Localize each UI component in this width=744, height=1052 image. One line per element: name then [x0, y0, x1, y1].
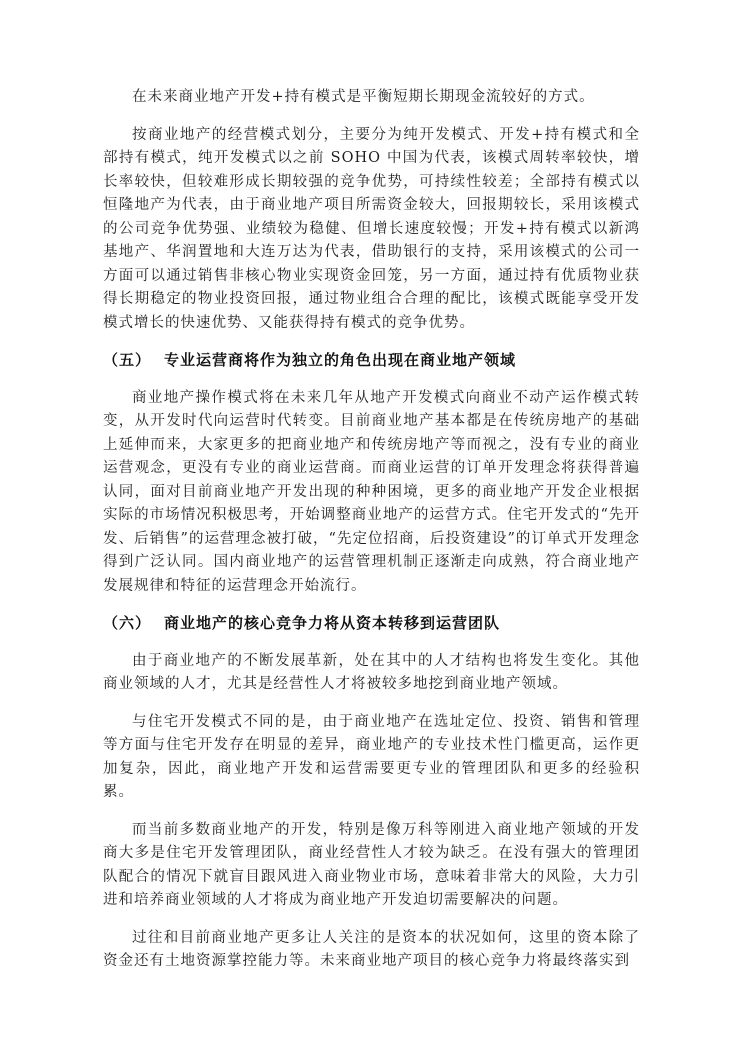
- section6-paragraph-1: 由于商业地产的不断发展革新，处在其中的人才结构也将发生变化。其他商业领域的人才，…: [103, 650, 640, 697]
- section-number: （六）: [103, 612, 151, 636]
- section-heading-5: （五）专业运营商将作为独立的角色出现在商业地产领域: [103, 349, 640, 373]
- section-heading-6: （六）商业地产的核心竞争力将从资本转移到运营团队: [103, 612, 640, 636]
- section-title: 专业运营商将作为独立的角色出现在商业地产领域: [164, 351, 516, 369]
- document-page: 在未来商业地产开发+持有模式是平衡短期长期现金流较好的方式。 按商业地产的经营模…: [0, 0, 744, 1052]
- intro-paragraph-2: 按商业地产的经营模式划分，主要分为纯开发模式、开发+持有模式和全部持有模式，纯开…: [103, 124, 640, 336]
- intro-paragraph-1: 在未来商业地产开发+持有模式是平衡短期长期现金流较好的方式。: [103, 86, 640, 110]
- section6-paragraph-2: 与住宅开发模式不同的是，由于商业地产在选址定位、投资、销售和管理等方面与住宅开发…: [103, 711, 640, 805]
- section5-paragraph-1: 商业地产操作模式将在未来几年从地产开发模式向商业不动产运作模式转变，从开发时代向…: [103, 387, 640, 599]
- section6-paragraph-4: 过往和目前商业地产更多让人关注的是资本的状况如何，这里的资本除了资金还有土地资源…: [103, 927, 640, 974]
- section6-paragraph-3: 而当前多数商业地产的开发，特别是像万科等刚进入商业地产领域的开发商大多是住宅开发…: [103, 819, 640, 913]
- document-content: 在未来商业地产开发+持有模式是平衡短期长期现金流较好的方式。 按商业地产的经营模…: [103, 86, 640, 988]
- section-title: 商业地产的核心竞争力将从资本转移到运营团队: [164, 614, 500, 632]
- section-number: （五）: [103, 349, 151, 373]
